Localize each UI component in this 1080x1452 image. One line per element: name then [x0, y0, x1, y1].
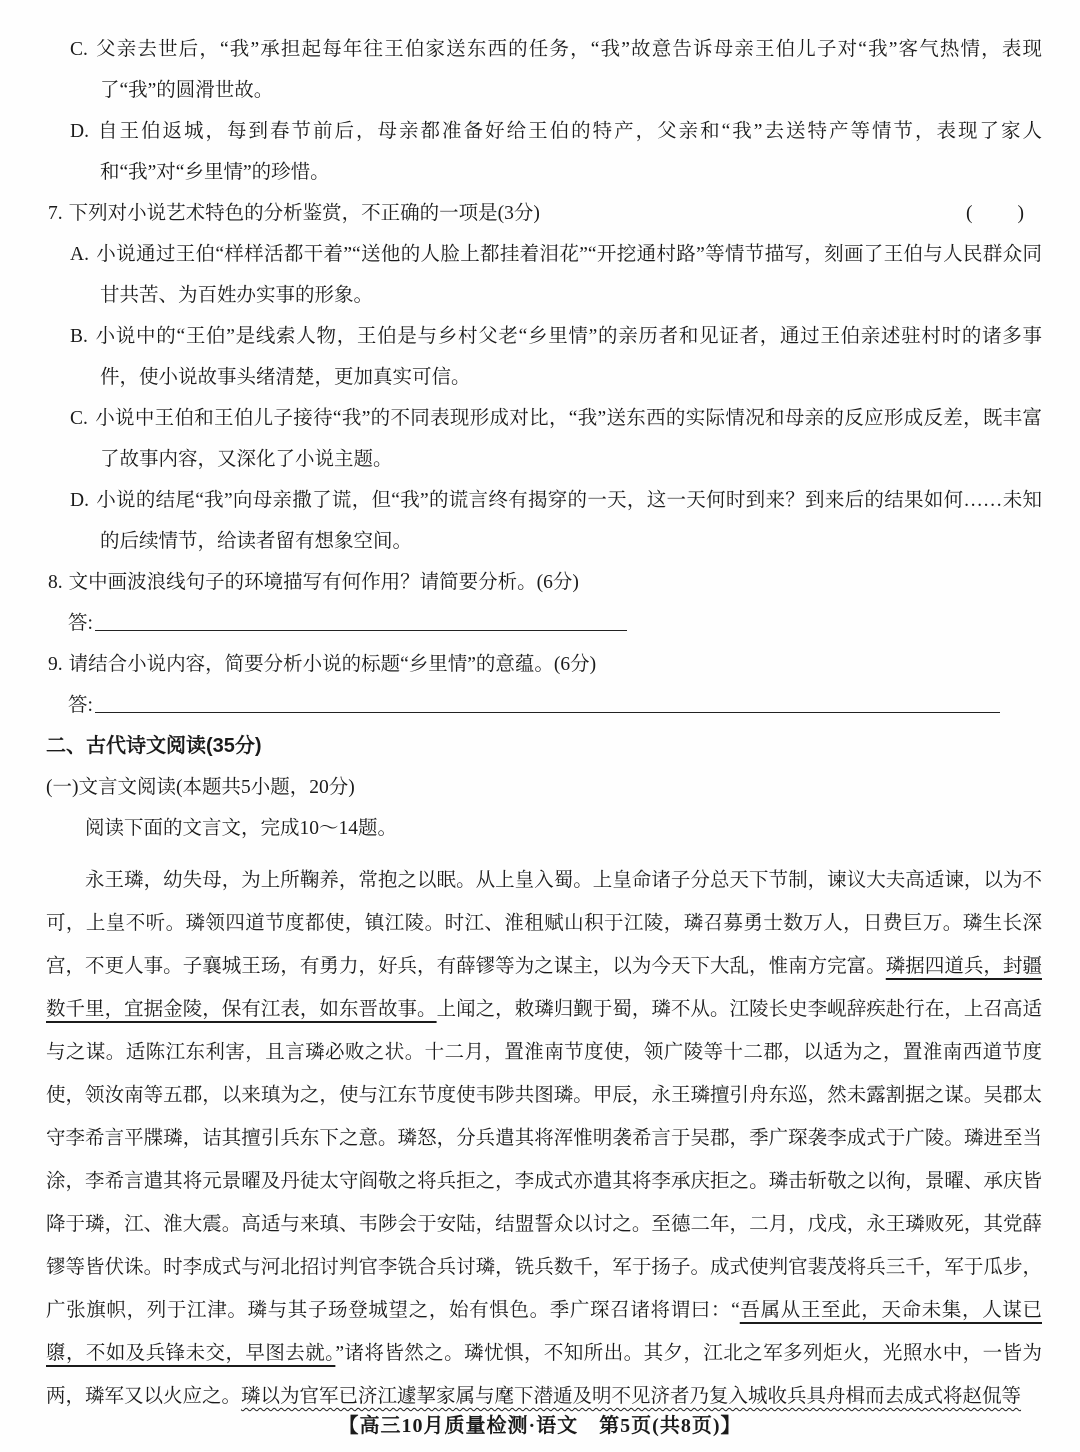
- question-9-answer-row: 答:: [46, 685, 1042, 726]
- option-text: 小说中王伯和王伯儿子接待“我”的不同表现形成对比，“我”送东西的实际情况和母亲的…: [95, 408, 1042, 470]
- question-number: 9.: [48, 654, 63, 675]
- option-text: 父亲去世后，“我”承担起每年往王伯家送东西的任务，“我”故意告诉母亲王伯儿子对“…: [95, 39, 1042, 101]
- option-row: A.小说通过王伯“样样活都干着”“送他的人脸上都挂着泪花”“开挖通村路”等情节描…: [46, 234, 1042, 316]
- option-row: C.父亲去世后，“我”承担起每年往王伯家送东西的任务，“我”故意告诉母亲王伯儿子…: [46, 29, 1042, 111]
- answer-bracket: ( ): [966, 193, 1026, 234]
- section-subsection: (一)文言文阅读(本题共5小题，20分): [46, 767, 1042, 808]
- section-title: 二、古代诗文阅读(35分): [46, 726, 1042, 767]
- question-8-answer-row: 答:: [46, 603, 1042, 644]
- passage-segment: 璘以为官军已济江遽挈家属与麾下潜遁及明不见济者乃复入城收兵具舟楫而去成式将赵侃等: [241, 1386, 1021, 1407]
- option-row: D.自王伯返城，每到春节前后，母亲都准备好给王伯的特产，父亲和“我”去送特产等情…: [46, 111, 1042, 193]
- question-7-stem: ( )7.下列对小说艺术特色的分析鉴赏，不正确的一项是(3分): [46, 193, 1042, 234]
- option-row: B.小说中的“王伯”是线索人物，王伯是与乡村父老“乡里情”的亲历者和见证者，通过…: [46, 316, 1042, 398]
- option-label: B.: [70, 326, 88, 347]
- exam-page: C.父亲去世后，“我”承担起每年往王伯家送东西的任务，“我”故意告诉母亲王伯儿子…: [0, 0, 1080, 1452]
- option-text: 小说的结尾“我”向母亲撒了谎，但“我”的谎言终有揭穿的一天，这一天何时到来？到来…: [96, 490, 1042, 552]
- option-label: C.: [70, 39, 88, 60]
- question-number: 7.: [48, 203, 63, 224]
- option-text: 小说中的“王伯”是线索人物，王伯是与乡村父老“乡里情”的亲历者和见证者，通过王伯…: [95, 326, 1042, 388]
- answer-blank-line: [95, 616, 627, 631]
- passage-text: 永王璘，幼失母，为上所鞠养，常抱之以眠。从上皇入蜀。上皇命诸子分总天下节制，谏议…: [46, 859, 1042, 1418]
- option-text: 自王伯返城，每到春节前后，母亲都准备好给王伯的特产，父亲和“我”去送特产等情节，…: [96, 121, 1042, 183]
- option-text: 小说通过王伯“样样活都干着”“送他的人脸上都挂着泪花”“开挖通村路”等情节描写，…: [96, 244, 1042, 306]
- question-9-stem: 9.请结合小说内容，简要分析小说的标题“乡里情”的意蕴。(6分): [46, 644, 1042, 685]
- answer-blank-line: [95, 698, 1000, 713]
- page-content: C.父亲去世后，“我”承担起每年往王伯家送东西的任务，“我”故意告诉母亲王伯儿子…: [0, 0, 1080, 1418]
- question-stem-text: 文中画波浪线句子的环境描写有何作用？请简要分析。(6分): [69, 572, 579, 593]
- question-stem-text: 下列对小说艺术特色的分析鉴赏，不正确的一项是(3分): [69, 203, 540, 224]
- section-instruction: 阅读下面的文言文，完成10～14题。: [46, 808, 1042, 849]
- page-footer: 【高三10月质量检测·语文 第5页(共8页)】: [0, 1409, 1080, 1438]
- option-label: A.: [70, 244, 89, 265]
- question-number: 8.: [48, 572, 63, 593]
- option-label: D.: [70, 121, 89, 142]
- question-stem-text: 请结合小说内容，简要分析小说的标题“乡里情”的意蕴。(6分): [69, 654, 597, 675]
- passage-segment: 上闻之，敕璘归觐于蜀，璘不从。江陵长史李岘辞疾赴行在，上召高适与之谋。适陈江东利…: [46, 999, 1042, 1321]
- answer-label: 答:: [68, 695, 93, 716]
- option-row: C.小说中王伯和王伯儿子接待“我”的不同表现形成对比，“我”送东西的实际情况和母…: [46, 398, 1042, 480]
- option-label: C.: [70, 408, 88, 429]
- option-row: D.小说的结尾“我”向母亲撒了谎，但“我”的谎言终有揭穿的一天，这一天何时到来？…: [46, 480, 1042, 562]
- question-8-stem: 8.文中画波浪线句子的环境描写有何作用？请简要分析。(6分): [46, 562, 1042, 603]
- option-label: D.: [70, 490, 89, 511]
- answer-label: 答:: [68, 613, 93, 634]
